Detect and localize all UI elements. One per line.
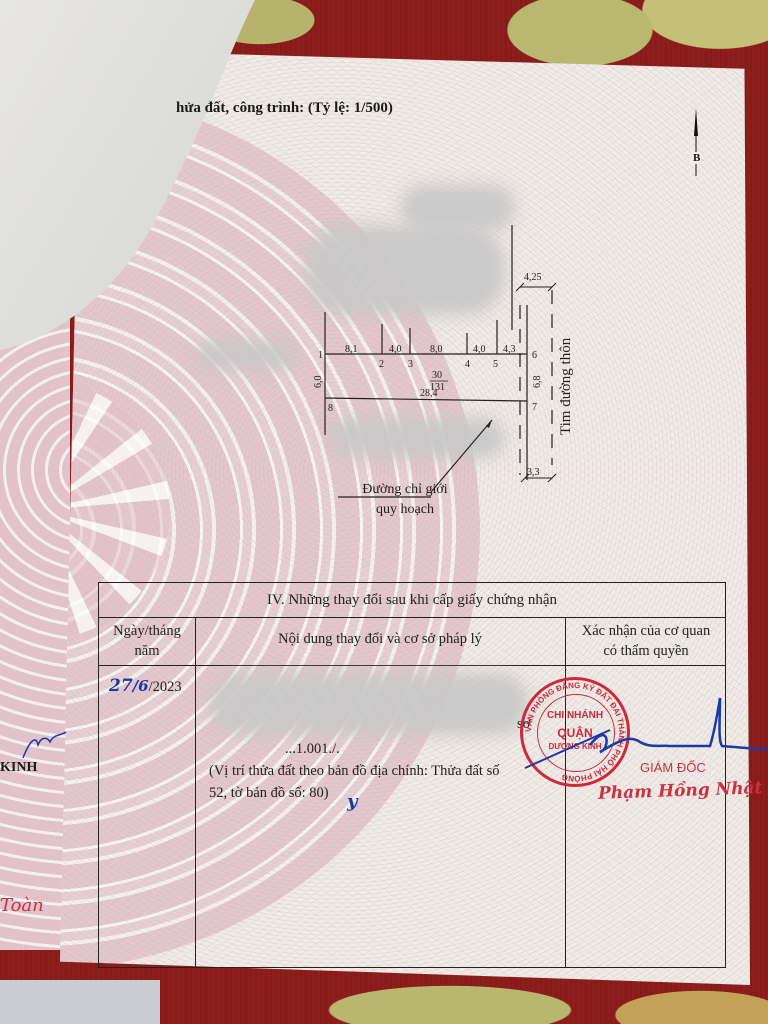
road-width-top: 4,25 (524, 272, 542, 283)
segment-8-1: 6,0 (313, 376, 324, 389)
planning-line-label-line2: quy hoạch (340, 500, 470, 520)
entry-content-redacted (209, 673, 539, 743)
map-section-title: hửa đất, công trình: (Tỷ lệ: 1/500) (176, 100, 393, 117)
segment-1-2: 8,1 (345, 344, 358, 355)
north-arrow-label: B (693, 152, 700, 164)
parcel-number: 30 (432, 370, 442, 381)
handwritten-mark: y (347, 791, 357, 813)
signature-icon (570, 690, 768, 770)
point-4: 4 (465, 359, 470, 370)
left-page-toan: Toàn (0, 895, 44, 916)
entry-location-line2: 52, tờ bản đồ số: 80) (209, 782, 329, 804)
segment-2-3: 4,0 (389, 344, 402, 355)
entry-date: 27/6/2023 (109, 675, 182, 698)
previous-page-strip (0, 270, 70, 950)
header-divider (99, 665, 725, 666)
north-arrow-icon (690, 108, 702, 176)
column-divider (565, 617, 566, 967)
segment-5-6: 4,3 (503, 344, 516, 355)
segment-3-4: 8,0 (430, 344, 443, 355)
road-width-bottom: 3,3 (527, 467, 540, 478)
segment-6-7: 6,8 (532, 376, 543, 389)
signer-title: GIÁM ĐỐC (640, 760, 706, 775)
point-6: 6 (532, 350, 537, 361)
redacted-block (195, 340, 295, 370)
road-centerline-label: Tim đường thôn (558, 337, 574, 435)
entry-content-code: ...1.001./. (285, 738, 340, 760)
segment-4-5: 4,0 (473, 344, 486, 355)
column-divider (195, 617, 196, 967)
changes-table-title: IV. Những thay đổi sau khi cấp giấy chứn… (99, 583, 725, 618)
point-7: 7 (532, 402, 537, 413)
planning-line-label: Đường chỉ giới quy hoạch (340, 480, 470, 520)
column-header-date: Ngày/tháng năm (99, 621, 195, 661)
parcel-area: 131 (430, 382, 445, 393)
left-signature-icon (18, 730, 68, 760)
parcel-map: 1 2 3 4 5 6 7 8 8,1 4,0 8,0 4,0 4,3 28,4… (300, 220, 600, 520)
point-8: 8 (328, 403, 333, 414)
changes-table: IV. Những thay đổi sau khi cấp giấy chứn… (98, 582, 726, 968)
left-page-kinh: KINH (0, 760, 37, 776)
column-header-approval: Xác nhận của cơ quan có thẩm quyền (565, 621, 727, 661)
entry-location-line1: (Vị trí thửa đất theo bản đồ địa chính: … (209, 760, 499, 782)
planning-line-label-line1: Đường chỉ giới (340, 480, 470, 500)
point-2: 2 (379, 359, 384, 370)
point-1: 1 (318, 350, 323, 361)
point-3: 3 (408, 359, 413, 370)
underlying-sheet (0, 980, 160, 1024)
column-header-content: Nội dung thay đổi và cơ sở pháp lý (195, 629, 565, 649)
point-5: 5 (493, 359, 498, 370)
